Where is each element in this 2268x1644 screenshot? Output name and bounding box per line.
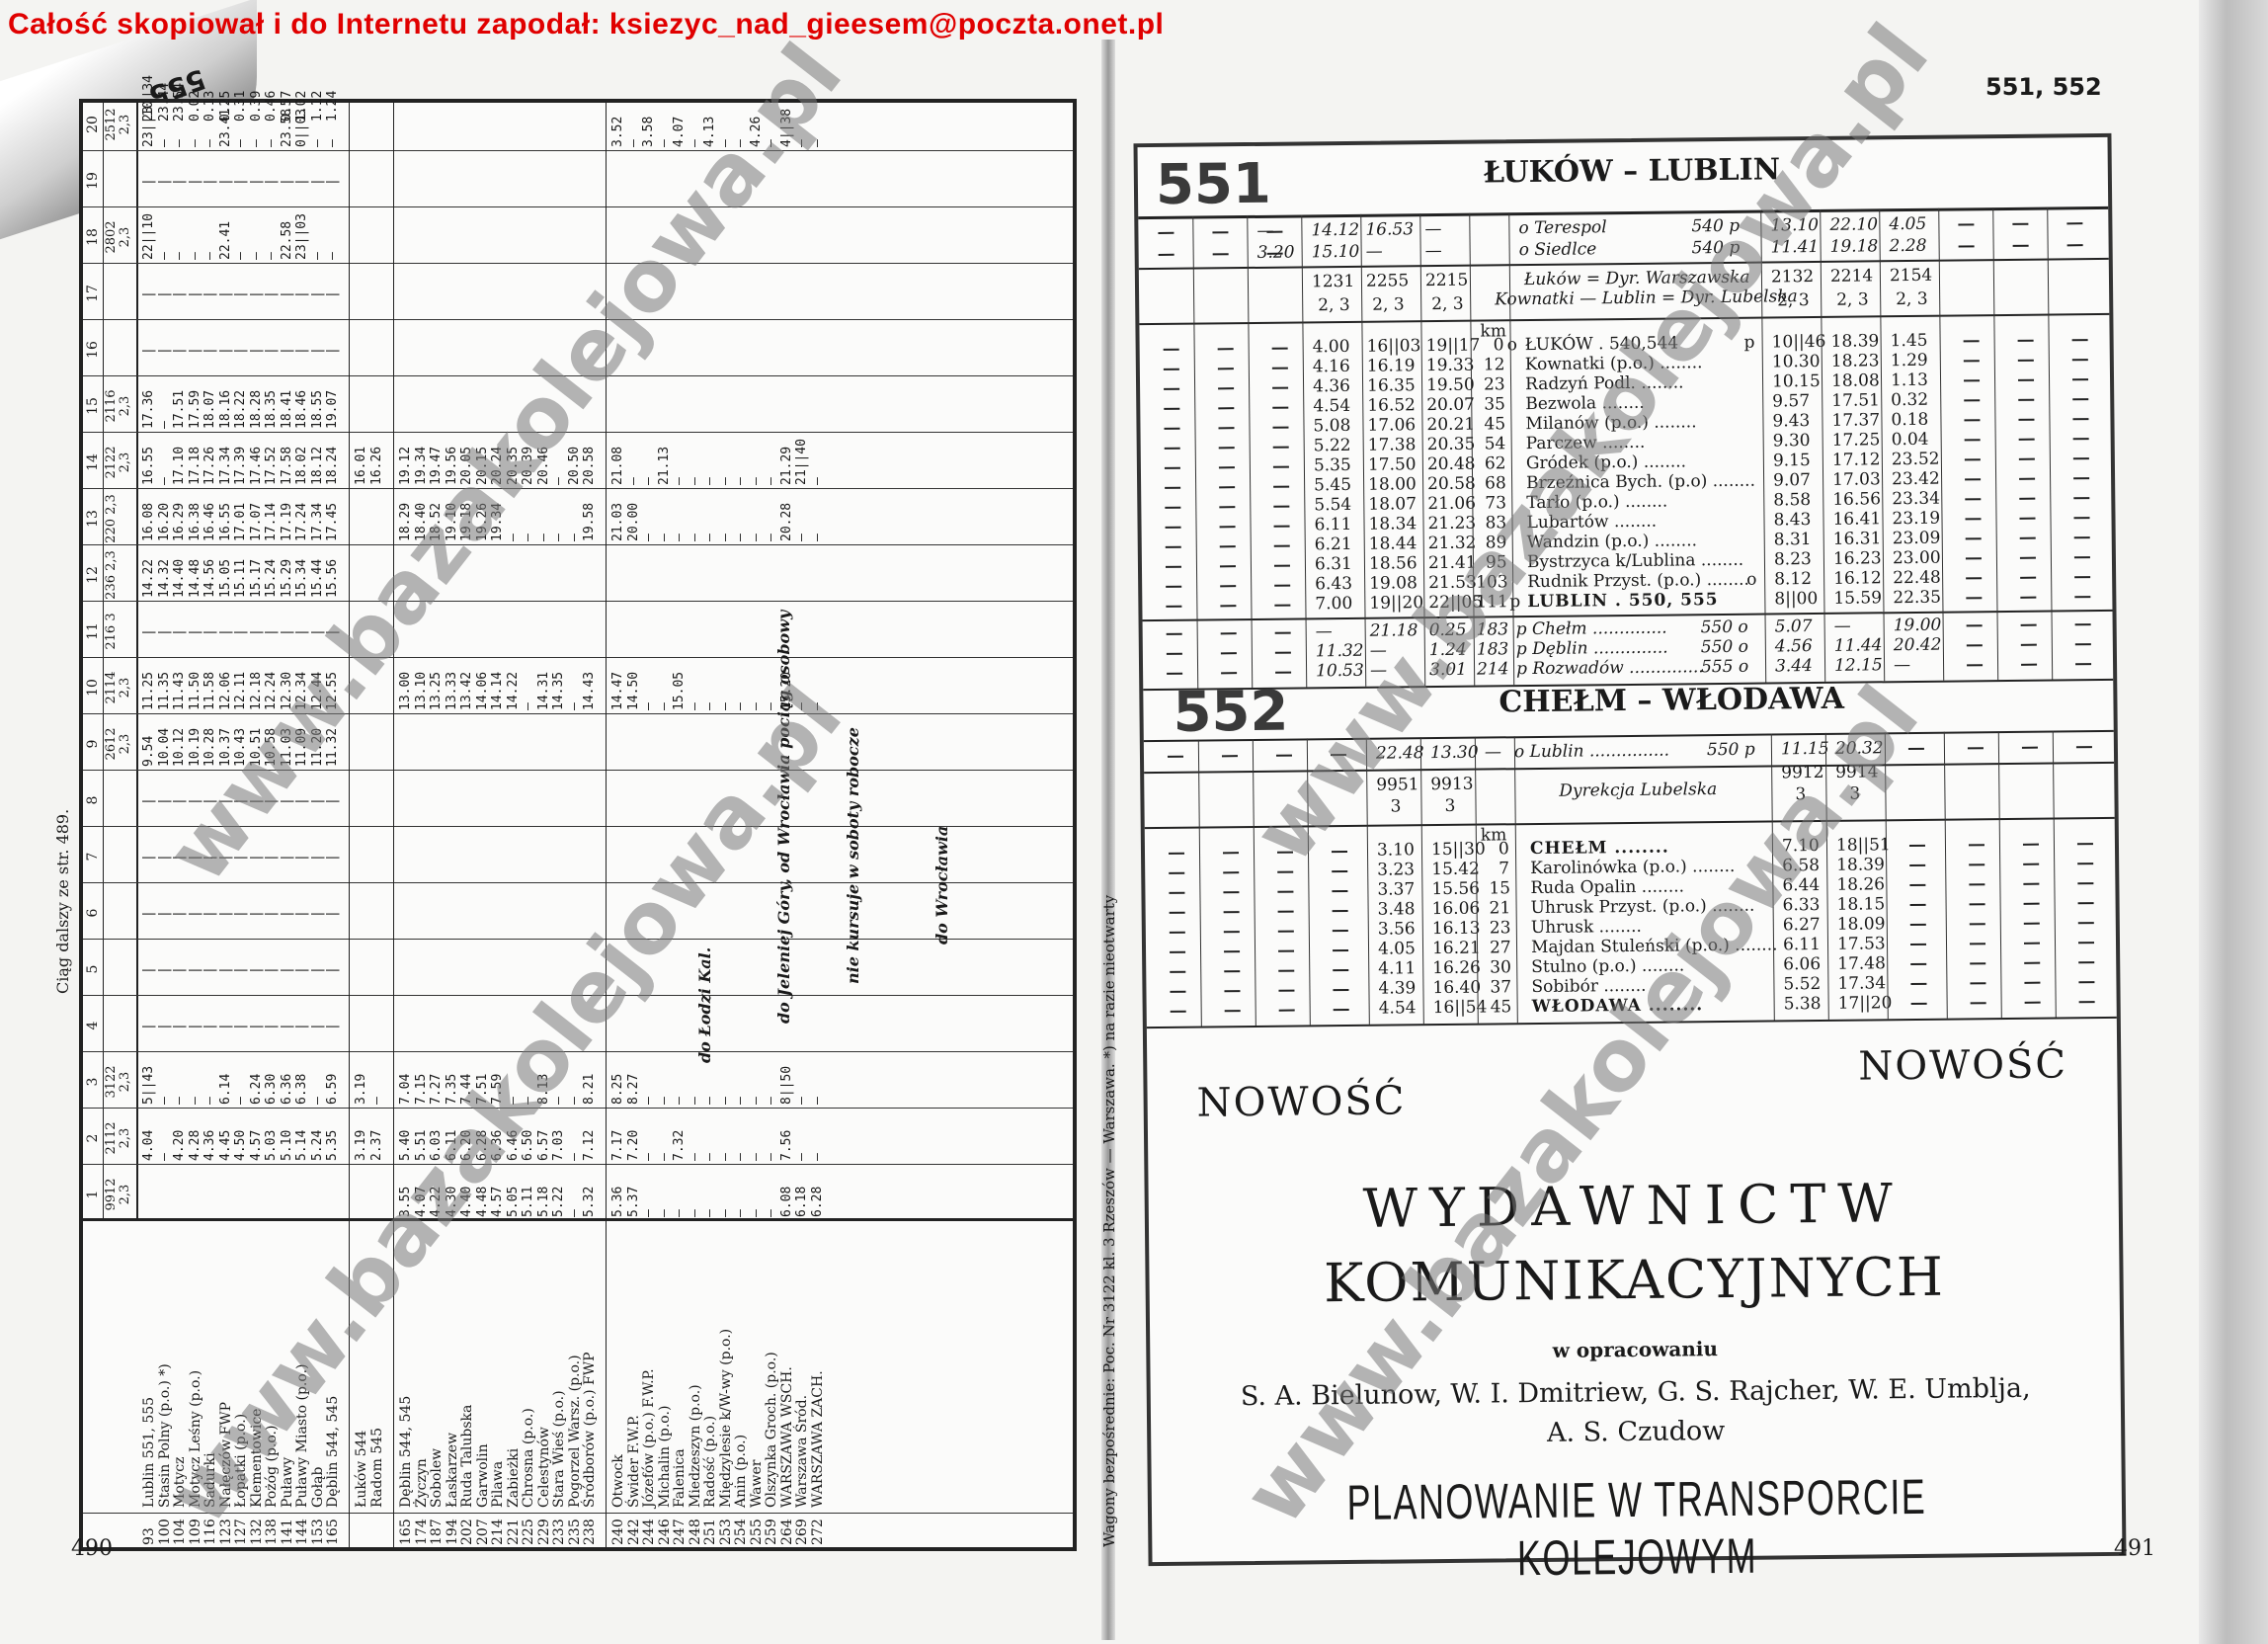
time-value: 16.31	[1833, 529, 1882, 549]
time-value: 17.34	[1837, 973, 1886, 994]
time-value: 5.54	[1314, 495, 1351, 515]
time-value: 16.08	[142, 503, 155, 541]
time-value: 19||17	[1426, 336, 1481, 357]
time-value: —	[750, 477, 763, 485]
time-value: 7.44	[460, 1074, 473, 1105]
no-service-dash	[1221, 632, 1237, 634]
km-value: 165	[399, 1519, 413, 1545]
station-name: Stasin Polny (p.o.) *)	[158, 1363, 172, 1508]
time-value: —	[158, 139, 171, 147]
page-number-left: 490	[71, 1536, 113, 1561]
no-service-mark: |	[142, 628, 155, 636]
no-service-mark: |	[173, 854, 186, 862]
time-value: 18.02	[295, 447, 308, 485]
time-value: 3.10	[1377, 840, 1415, 860]
time-value: 7.15	[415, 1074, 428, 1105]
time-value: 3.55	[399, 1187, 412, 1217]
no-service-mark: |	[326, 290, 339, 298]
ad-subheading: w opracowaniu	[1150, 1333, 2120, 1366]
km-value: 132	[250, 1519, 264, 1545]
time-value: 3.01	[1429, 660, 1467, 680]
km-value: 30	[1490, 957, 1511, 977]
time-value: 1.13	[1891, 370, 1928, 390]
time-value: 23.34	[1892, 489, 1940, 510]
km-column: 9310010410911612312713213814114415316516…	[83, 1513, 1073, 1547]
no-service-dash	[1273, 466, 1289, 468]
arrival-mark: p	[1744, 333, 1755, 353]
no-service-dash	[1166, 606, 1181, 608]
no-service-dash	[1221, 652, 1237, 654]
advertisement: NOWOŚĆ NOWOŚĆ WYDAWNICTW KOMUNIKACYJNYCH…	[1147, 1031, 2122, 1565]
km-value: 214	[1477, 659, 1509, 679]
time-value: 17.06	[1367, 415, 1416, 436]
no-service-dash	[1969, 863, 1984, 865]
no-service-mark: |	[281, 910, 293, 918]
no-service-dash	[1965, 439, 1981, 441]
time-value: 20.24	[491, 447, 504, 485]
time-value: 1.12	[311, 91, 324, 122]
directorate-note: Łuków = Dyr. Warszawska	[1524, 268, 1750, 289]
station-name: Klementowice	[250, 1409, 264, 1508]
no-service-mark: |	[311, 797, 324, 805]
time-value: 23.00	[1893, 548, 1941, 569]
time-value: 13.10	[1770, 215, 1819, 236]
time-value: 16.23	[1833, 548, 1882, 569]
time-value: 11.20	[311, 728, 324, 767]
time-value: —	[750, 1209, 763, 1217]
no-service-dash	[2066, 222, 2082, 224]
time-value: 13.10	[415, 672, 428, 710]
no-service-mark: |	[142, 347, 155, 355]
time-value: 16.26	[370, 447, 383, 485]
no-service-dash	[2018, 379, 2034, 381]
no-service-dash	[2025, 1002, 2041, 1004]
time-value: —	[265, 139, 278, 147]
no-service-dash	[1165, 487, 1180, 489]
no-service-dash	[1333, 930, 1348, 932]
time-value: 17.59	[189, 390, 202, 429]
time-value: 17.37	[1831, 410, 1880, 431]
no-service-dash	[1966, 597, 1982, 599]
time-value: —	[568, 702, 581, 710]
time-value: —	[734, 702, 747, 710]
time-value: 12.24	[265, 672, 278, 710]
time-value: 0.02	[189, 91, 202, 122]
time-value: 6.50	[522, 1130, 534, 1161]
origin-mark: o	[1507, 335, 1517, 355]
time-value: —	[522, 702, 534, 710]
header-divider	[103, 103, 104, 1221]
route-note: do Wrocławia	[932, 826, 951, 945]
no-service-dash	[1218, 407, 1234, 409]
row-divider	[1139, 313, 2109, 325]
time-value: 22.35	[1893, 588, 1941, 609]
time-value: —	[750, 1097, 763, 1105]
no-service-mark: |	[203, 966, 216, 974]
time-value: 19.26	[476, 503, 489, 541]
no-service-mark: |	[219, 290, 232, 298]
column-divider	[83, 319, 1073, 320]
no-service-mark: |	[173, 910, 186, 918]
ad-authors-1: S. A. Bielunow, W. I. Dmitriew, G. S. Ra…	[1151, 1372, 2121, 1413]
time-value: —	[158, 252, 171, 260]
column-number: 13	[85, 492, 101, 545]
column-divider	[2053, 731, 2057, 1018]
time-value: 17.10	[173, 447, 186, 485]
no-service-dash	[1224, 950, 1240, 952]
no-service-dash	[2023, 844, 2039, 846]
time-value: —	[719, 139, 732, 147]
km-value: 194	[445, 1519, 459, 1545]
train-number: 216 3	[105, 605, 119, 658]
no-service-dash	[1278, 911, 1294, 913]
no-service-dash	[2020, 597, 2036, 599]
time-value: 16||54	[1433, 998, 1488, 1019]
km-value: 12	[1484, 355, 1505, 374]
time-value: 20.35	[1427, 435, 1476, 455]
time-value: 4.13	[703, 117, 716, 147]
time-value: 5.22	[552, 1187, 565, 1217]
time-value: —	[811, 139, 824, 147]
time-value: 19.58	[583, 503, 596, 541]
station-name: Wawer	[750, 1460, 764, 1508]
time-value: 16.40	[1432, 978, 1481, 999]
station-name: LUBLIN . 550, 555	[1527, 590, 1718, 612]
station-name: Dęblin 544, 545	[399, 1396, 413, 1508]
time-value: 4.05	[1378, 939, 1416, 958]
time-value: 18.44	[1369, 534, 1417, 554]
no-service-dash	[1969, 844, 1984, 846]
time-value: 0.31	[234, 91, 247, 122]
time-value: 4.22	[430, 1187, 443, 1217]
time-value: —	[811, 477, 824, 485]
time-value: —	[158, 477, 171, 485]
time-value: 18.26	[1836, 874, 1885, 895]
time-value: 9.57	[1772, 391, 1810, 411]
time-value: 10.58	[265, 728, 278, 767]
time-value: —	[688, 1153, 701, 1161]
time-value: 17.24	[295, 503, 308, 541]
column-divider	[1771, 733, 1775, 1020]
no-service-dash	[2078, 922, 2094, 924]
time-value: —	[522, 534, 534, 541]
column-number: 9	[85, 717, 101, 771]
connection-ref: 555 o	[1701, 657, 1748, 678]
train-number: 2215	[1425, 271, 1468, 290]
time-value: 17.45	[326, 503, 339, 541]
no-service-dash	[1224, 970, 1240, 972]
no-service-mark: |	[142, 797, 155, 805]
no-service-dash	[1272, 368, 1288, 370]
time-value: 14.56	[203, 559, 216, 598]
time-value: 6.27	[1783, 915, 1821, 935]
time-value: —	[765, 139, 777, 147]
no-service-mark: |	[295, 628, 308, 636]
no-service-mark: |	[203, 347, 216, 355]
no-service-mark: |	[295, 966, 308, 974]
time-value: 18.24	[326, 447, 339, 485]
time-value: 16.38	[189, 503, 202, 541]
no-service-dash	[1910, 963, 1926, 965]
column-divider	[1253, 739, 1256, 1026]
station-name: Gołąb	[311, 1467, 325, 1508]
train-class: 3	[1390, 796, 1401, 816]
time-value: 16.20	[158, 503, 171, 541]
time-value: 15.29	[281, 559, 293, 598]
no-service-mark: |	[142, 178, 155, 186]
time-value: —	[642, 1209, 655, 1217]
time-value: 5.52	[1783, 974, 1821, 994]
km-value: 144	[295, 1519, 309, 1545]
no-service-dash	[1331, 754, 1346, 756]
time-value: 17.36	[142, 390, 155, 429]
no-service-mark: |	[189, 178, 202, 186]
time-value: 8.58	[1773, 490, 1811, 510]
no-service-mark: |	[173, 628, 186, 636]
no-service-dash	[2022, 747, 2038, 749]
no-service-mark: |	[173, 797, 186, 805]
time-value: —	[765, 1097, 777, 1105]
km-value: 174	[415, 1519, 429, 1545]
time-value: 14.12	[1311, 220, 1359, 241]
no-service-mark: |	[295, 797, 308, 805]
no-service-dash	[1969, 883, 1984, 885]
time-value: —	[568, 534, 581, 541]
no-service-dash	[1167, 653, 1182, 655]
connection-ref: 550 o	[1701, 637, 1748, 658]
km-value: 0	[1498, 839, 1509, 859]
train-number: 9912	[1781, 763, 1823, 782]
time-value: 0.25	[1429, 620, 1467, 640]
time-value: 10.28	[203, 728, 216, 767]
time-value: 7.27	[430, 1074, 443, 1105]
section-divider	[349, 103, 350, 1221]
no-service-dash	[1224, 990, 1240, 992]
time-value: 18.23	[1831, 351, 1880, 371]
time-value: 3.48	[1378, 899, 1416, 919]
time-value: 16.21	[1432, 939, 1481, 959]
time-value: —	[1370, 641, 1387, 661]
no-service-mark: |	[295, 178, 308, 186]
no-service-dash	[1332, 870, 1347, 872]
km-value: 183	[1477, 619, 1509, 639]
time-value: 9.54	[142, 736, 155, 767]
column-number: 2	[85, 1111, 101, 1165]
time-value: 20.46	[537, 447, 550, 485]
no-service-dash	[2078, 981, 2094, 983]
station-name: Dęblin 544, 545	[326, 1396, 340, 1508]
no-service-mark: |	[265, 854, 278, 862]
km-value: 254	[734, 1519, 748, 1545]
no-service-dash	[1277, 871, 1293, 873]
no-service-dash	[1220, 565, 1236, 567]
no-service-mark: |	[311, 628, 324, 636]
time-value: 18.39	[1831, 331, 1880, 352]
time-value: 20.00	[627, 503, 640, 541]
no-service-dash	[1970, 923, 1985, 925]
time-value: 12.06	[219, 672, 232, 710]
time-value: 18.35	[265, 390, 278, 429]
time-value: 14.35	[552, 672, 565, 710]
origin-mark: o	[1746, 570, 1756, 590]
time-value: —	[688, 1097, 701, 1105]
station-name: WŁODAWA ........	[1532, 995, 1704, 1017]
no-service-dash	[1267, 253, 1283, 255]
no-service-dash	[1223, 852, 1239, 854]
time-value: —	[158, 421, 171, 429]
station-name: Bystrzyca k/Lublina ........	[1527, 550, 1743, 572]
time-value: —	[265, 252, 278, 260]
column-divider	[1192, 216, 1198, 689]
no-service-mark: |	[234, 910, 247, 918]
time-value: —	[719, 534, 732, 541]
no-service-mark: |	[173, 290, 186, 298]
time-value: 6.20	[460, 1130, 473, 1161]
no-service-dash	[2077, 882, 2093, 884]
time-value: 11.15	[1781, 739, 1829, 760]
time-value: 20.50	[568, 447, 581, 485]
time-value: —	[1370, 661, 1387, 681]
no-service-dash	[1166, 527, 1181, 529]
column-number: 3	[85, 1055, 101, 1109]
km-value: 23	[1490, 918, 1511, 938]
time-value: 10.30	[1772, 352, 1821, 372]
time-value: —	[795, 534, 808, 541]
station-name: Śródborów (p.o.) FWP	[583, 1352, 597, 1508]
time-value: 19.18	[460, 503, 473, 541]
no-service-dash	[1911, 1003, 1927, 1005]
no-service-dash	[2078, 942, 2094, 944]
time-value: —	[734, 477, 747, 485]
time-value: 4.11	[1378, 958, 1416, 978]
time-value: —	[189, 139, 202, 147]
time-value: 11.58	[203, 672, 216, 710]
time-value: 6.58	[1782, 856, 1820, 875]
timetable-grid: 19912 2,322112 2,333122 2,34567892612 2,…	[83, 103, 1073, 1221]
no-service-dash	[1970, 962, 1985, 964]
time-value: 5.40	[399, 1130, 412, 1161]
no-service-dash	[1966, 518, 1982, 520]
no-service-dash	[1332, 890, 1347, 892]
no-service-mark: |	[250, 628, 263, 636]
no-service-dash	[1220, 585, 1236, 587]
no-service-dash	[1166, 566, 1181, 568]
time-value: 7.35	[445, 1074, 458, 1105]
km-value: 116	[203, 1519, 217, 1545]
no-service-dash	[1220, 605, 1236, 607]
no-service-mark: |	[158, 1023, 171, 1030]
time-value: 18.12	[311, 447, 324, 485]
column-number: 18	[85, 210, 101, 264]
no-service-dash	[1964, 399, 1980, 401]
time-value: 18.00	[1368, 474, 1417, 495]
no-service-mark: |	[326, 178, 339, 186]
time-value: 15.24	[265, 559, 278, 598]
time-value: 6.28	[811, 1187, 824, 1217]
time-value: 8||00	[1774, 589, 1818, 609]
no-service-mark: |	[219, 347, 232, 355]
no-service-mark: |	[281, 797, 293, 805]
no-service-dash	[2077, 863, 2093, 864]
time-value: 21||40	[795, 439, 808, 485]
time-value: 12.30	[281, 672, 293, 710]
time-value: 18||51	[1836, 835, 1891, 856]
directorate-note: Dyrekcja Lubelska	[1559, 780, 1717, 801]
connection-station: o Lublin ...............	[1514, 741, 1669, 763]
time-value: 4.57	[491, 1187, 504, 1217]
time-value: —	[734, 139, 747, 147]
time-value: —	[552, 1097, 565, 1105]
station-name: Łopatki (p.o.)	[234, 1414, 248, 1508]
time-value: —	[1366, 242, 1383, 262]
time-value: 19.18	[1830, 236, 1879, 257]
time-value: 18.55	[311, 390, 324, 429]
time-value: 18.34	[1368, 514, 1417, 534]
station-name: Tarło (p.o.) ........	[1526, 492, 1667, 513]
km-value: 255	[750, 1519, 764, 1545]
time-value: 4.16	[1313, 357, 1350, 376]
time-value: 4.57	[250, 1130, 263, 1161]
station-name: Michalin (p.o.)	[658, 1406, 672, 1508]
time-value: 15.10	[1312, 242, 1360, 263]
no-service-mark: |	[142, 854, 155, 862]
time-value: 11.44	[1834, 635, 1883, 656]
no-service-dash	[1224, 931, 1240, 933]
time-value: 16.19	[1367, 356, 1416, 376]
no-service-mark: |	[189, 290, 202, 298]
time-value: —	[568, 1153, 581, 1161]
ad-heading-2: KOMUNIKACYJNYCH	[1149, 1244, 2120, 1316]
no-service-mark: |	[173, 347, 186, 355]
column-number: 10	[85, 661, 101, 714]
no-service-dash	[1970, 982, 1985, 984]
km-value: 0	[1494, 335, 1504, 355]
no-service-mark: |	[189, 628, 202, 636]
time-value: 6.11	[1783, 935, 1821, 954]
no-service-mark: |	[142, 290, 155, 298]
no-service-dash	[1272, 407, 1288, 409]
time-value: 17.26	[203, 447, 216, 485]
no-service-mark: |	[219, 628, 232, 636]
no-service-mark: |	[158, 628, 171, 636]
train-class: 2, 3	[1896, 289, 1928, 309]
time-value: —	[1834, 616, 1851, 636]
station-name: Olszynka Groch. (p.o.)	[765, 1352, 778, 1508]
time-value: —	[642, 1097, 655, 1105]
column-divider	[83, 1051, 1073, 1052]
time-value: 16.01	[355, 447, 367, 485]
time-value: —	[765, 534, 777, 541]
no-service-dash	[1276, 755, 1292, 757]
time-value: 19.50	[1426, 375, 1475, 396]
no-service-dash	[1964, 379, 1980, 381]
no-service-dash	[1334, 1009, 1349, 1011]
time-value: 18.15	[1836, 894, 1885, 915]
no-service-dash	[1165, 467, 1180, 469]
no-service-dash	[1275, 672, 1291, 674]
time-value: 16||03	[1367, 336, 1421, 357]
time-value: —	[703, 1153, 716, 1161]
time-value: 11.25	[142, 672, 155, 710]
train-class: 2, 3	[1431, 294, 1464, 314]
time-value: 4.00	[1313, 337, 1350, 357]
no-service-dash	[1908, 748, 1924, 750]
column-number: 5	[85, 943, 101, 996]
time-value: —	[326, 252, 339, 260]
time-value: 20.39	[522, 447, 534, 485]
no-service-dash	[2020, 518, 2036, 520]
station-name: Świder F.W.P.	[627, 1415, 641, 1508]
